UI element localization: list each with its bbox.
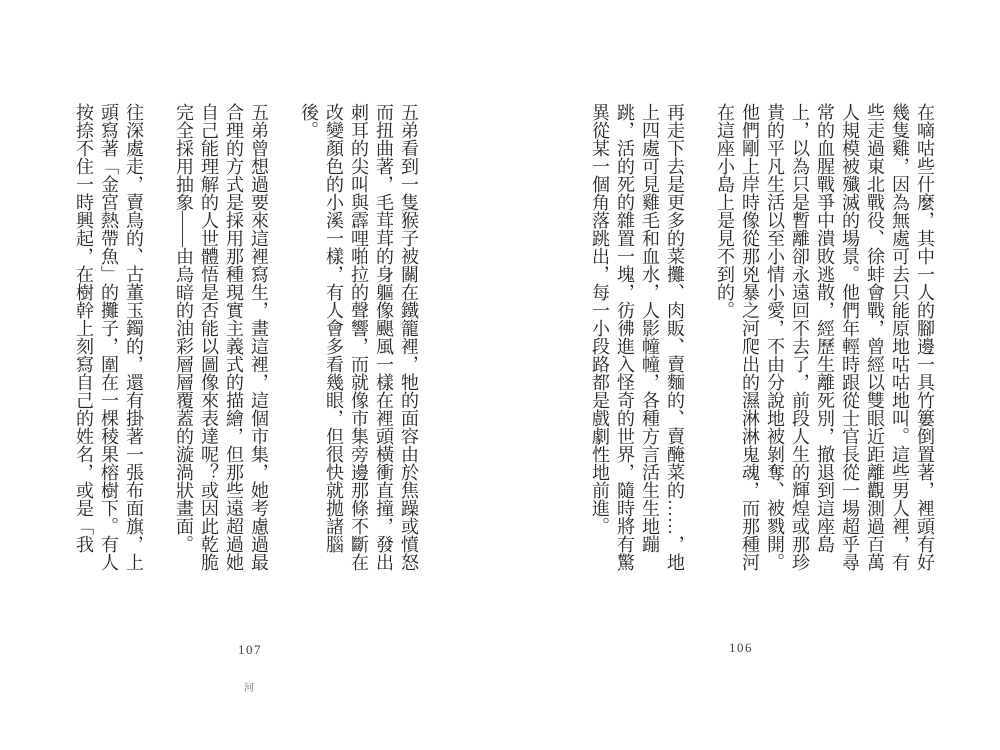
vertical-paragraph: 再走下去是更多的菜攤、肉販、賣麵的、賣醃菜的……，地上四處可見雞毛和血水，人影幢… — [587, 103, 687, 571]
vertical-paragraph: 在嘀咕些什麼，其中一人的腳邊一具竹簍倒置著，裡頭有好幾隻雞，因為無處可去只能原地… — [712, 103, 937, 571]
page-number-right: 106 — [729, 640, 753, 656]
running-title: 河 — [244, 679, 254, 694]
vertical-paragraph: 往深處走，賣鳥的、古董玉鐲的，還有掛著一張布面旗，上頭寫著「金宮熱帶魚」的攤子，… — [71, 103, 146, 571]
vertical-paragraph: 五弟看到一隻猴子被關在鐵籠裡，牠的面容由於焦躁或憤怒而扭曲著，毛茸茸的身軀像颶風… — [296, 103, 421, 571]
book-spread: 五弟看到一隻猴子被關在鐵籠裡，牠的面容由於焦躁或憤怒而扭曲著，毛茸茸的身軀像颶風… — [0, 0, 1000, 750]
page-left: 五弟看到一隻猴子被關在鐵籠裡，牠的面容由於焦躁或憤怒而扭曲著，毛茸茸的身軀像颶風… — [0, 0, 500, 750]
vertical-paragraph: 五弟曾想過要來這裡寫生，畫這裡，這個市集，她考慮過最合理的方式是採用那種現實主義… — [171, 103, 271, 571]
left-page-text-block: 五弟看到一隻猴子被關在鐵籠裡，牠的面容由於焦躁或憤怒而扭曲著，毛茸茸的身軀像颶風… — [71, 103, 421, 571]
page-number-left: 107 — [238, 642, 262, 658]
right-page-text-block: 在嘀咕些什麼，其中一人的腳邊一具竹簍倒置著，裡頭有好幾隻雞，因為無處可去只能原地… — [587, 103, 937, 571]
page-right: 在嘀咕些什麼，其中一人的腳邊一具竹簍倒置著，裡頭有好幾隻雞，因為無處可去只能原地… — [500, 0, 1000, 750]
